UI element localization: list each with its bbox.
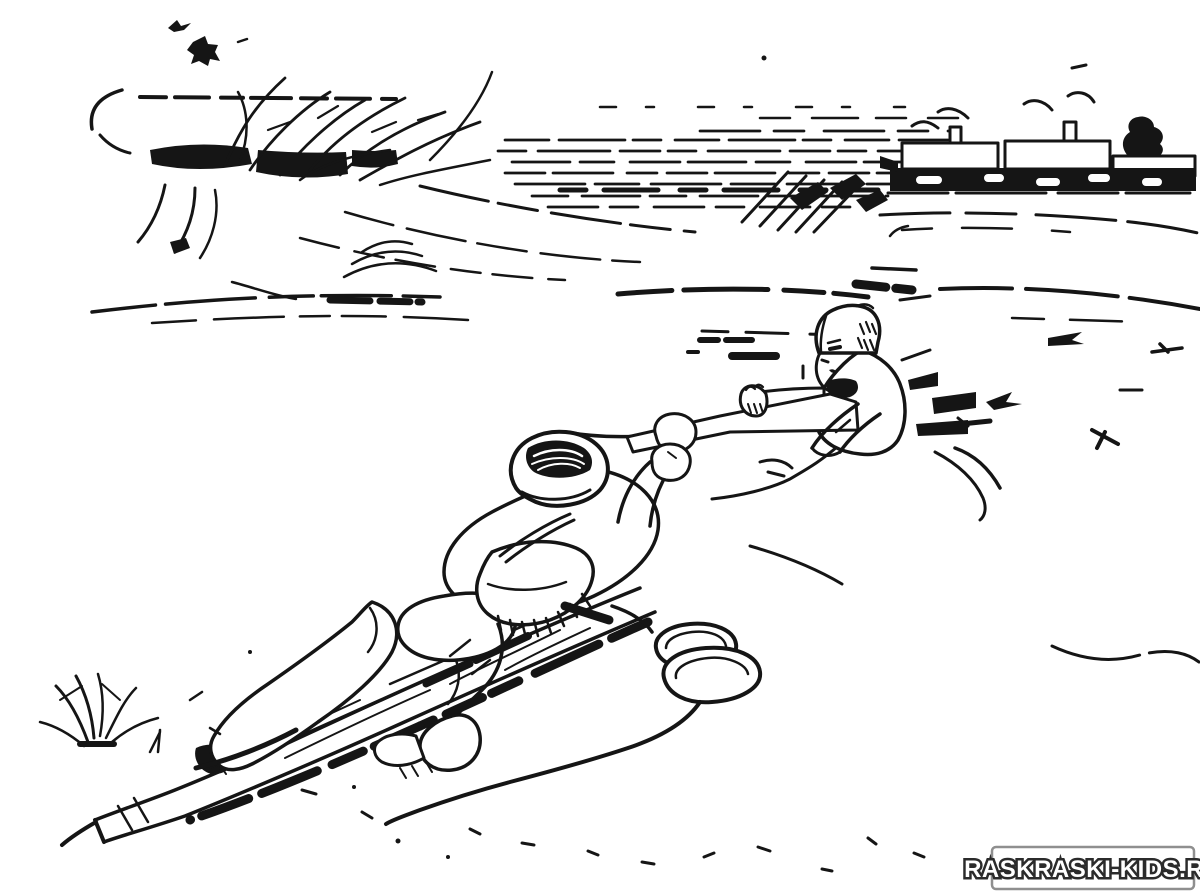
rescuer-mitt-lower bbox=[652, 444, 691, 480]
grass-tuft bbox=[40, 674, 220, 752]
shore-lines bbox=[92, 241, 1200, 335]
flying-birds bbox=[168, 20, 247, 66]
fallen-tree-with-bush bbox=[91, 72, 695, 280]
ice-rescue-illustration: RASKRASKI-KIDS.RU bbox=[0, 0, 1200, 896]
watermark-text: RASKRASKI-KIDS.RU bbox=[964, 856, 1200, 883]
rescuer-boot-left bbox=[211, 602, 397, 770]
village-houses bbox=[880, 93, 1198, 236]
rescuer-fur-hat bbox=[511, 432, 608, 506]
coloring-page: RASKRASKI-KIDS.RU bbox=[0, 0, 1200, 896]
watermark: RASKRASKI-KIDS.RU bbox=[964, 847, 1200, 889]
